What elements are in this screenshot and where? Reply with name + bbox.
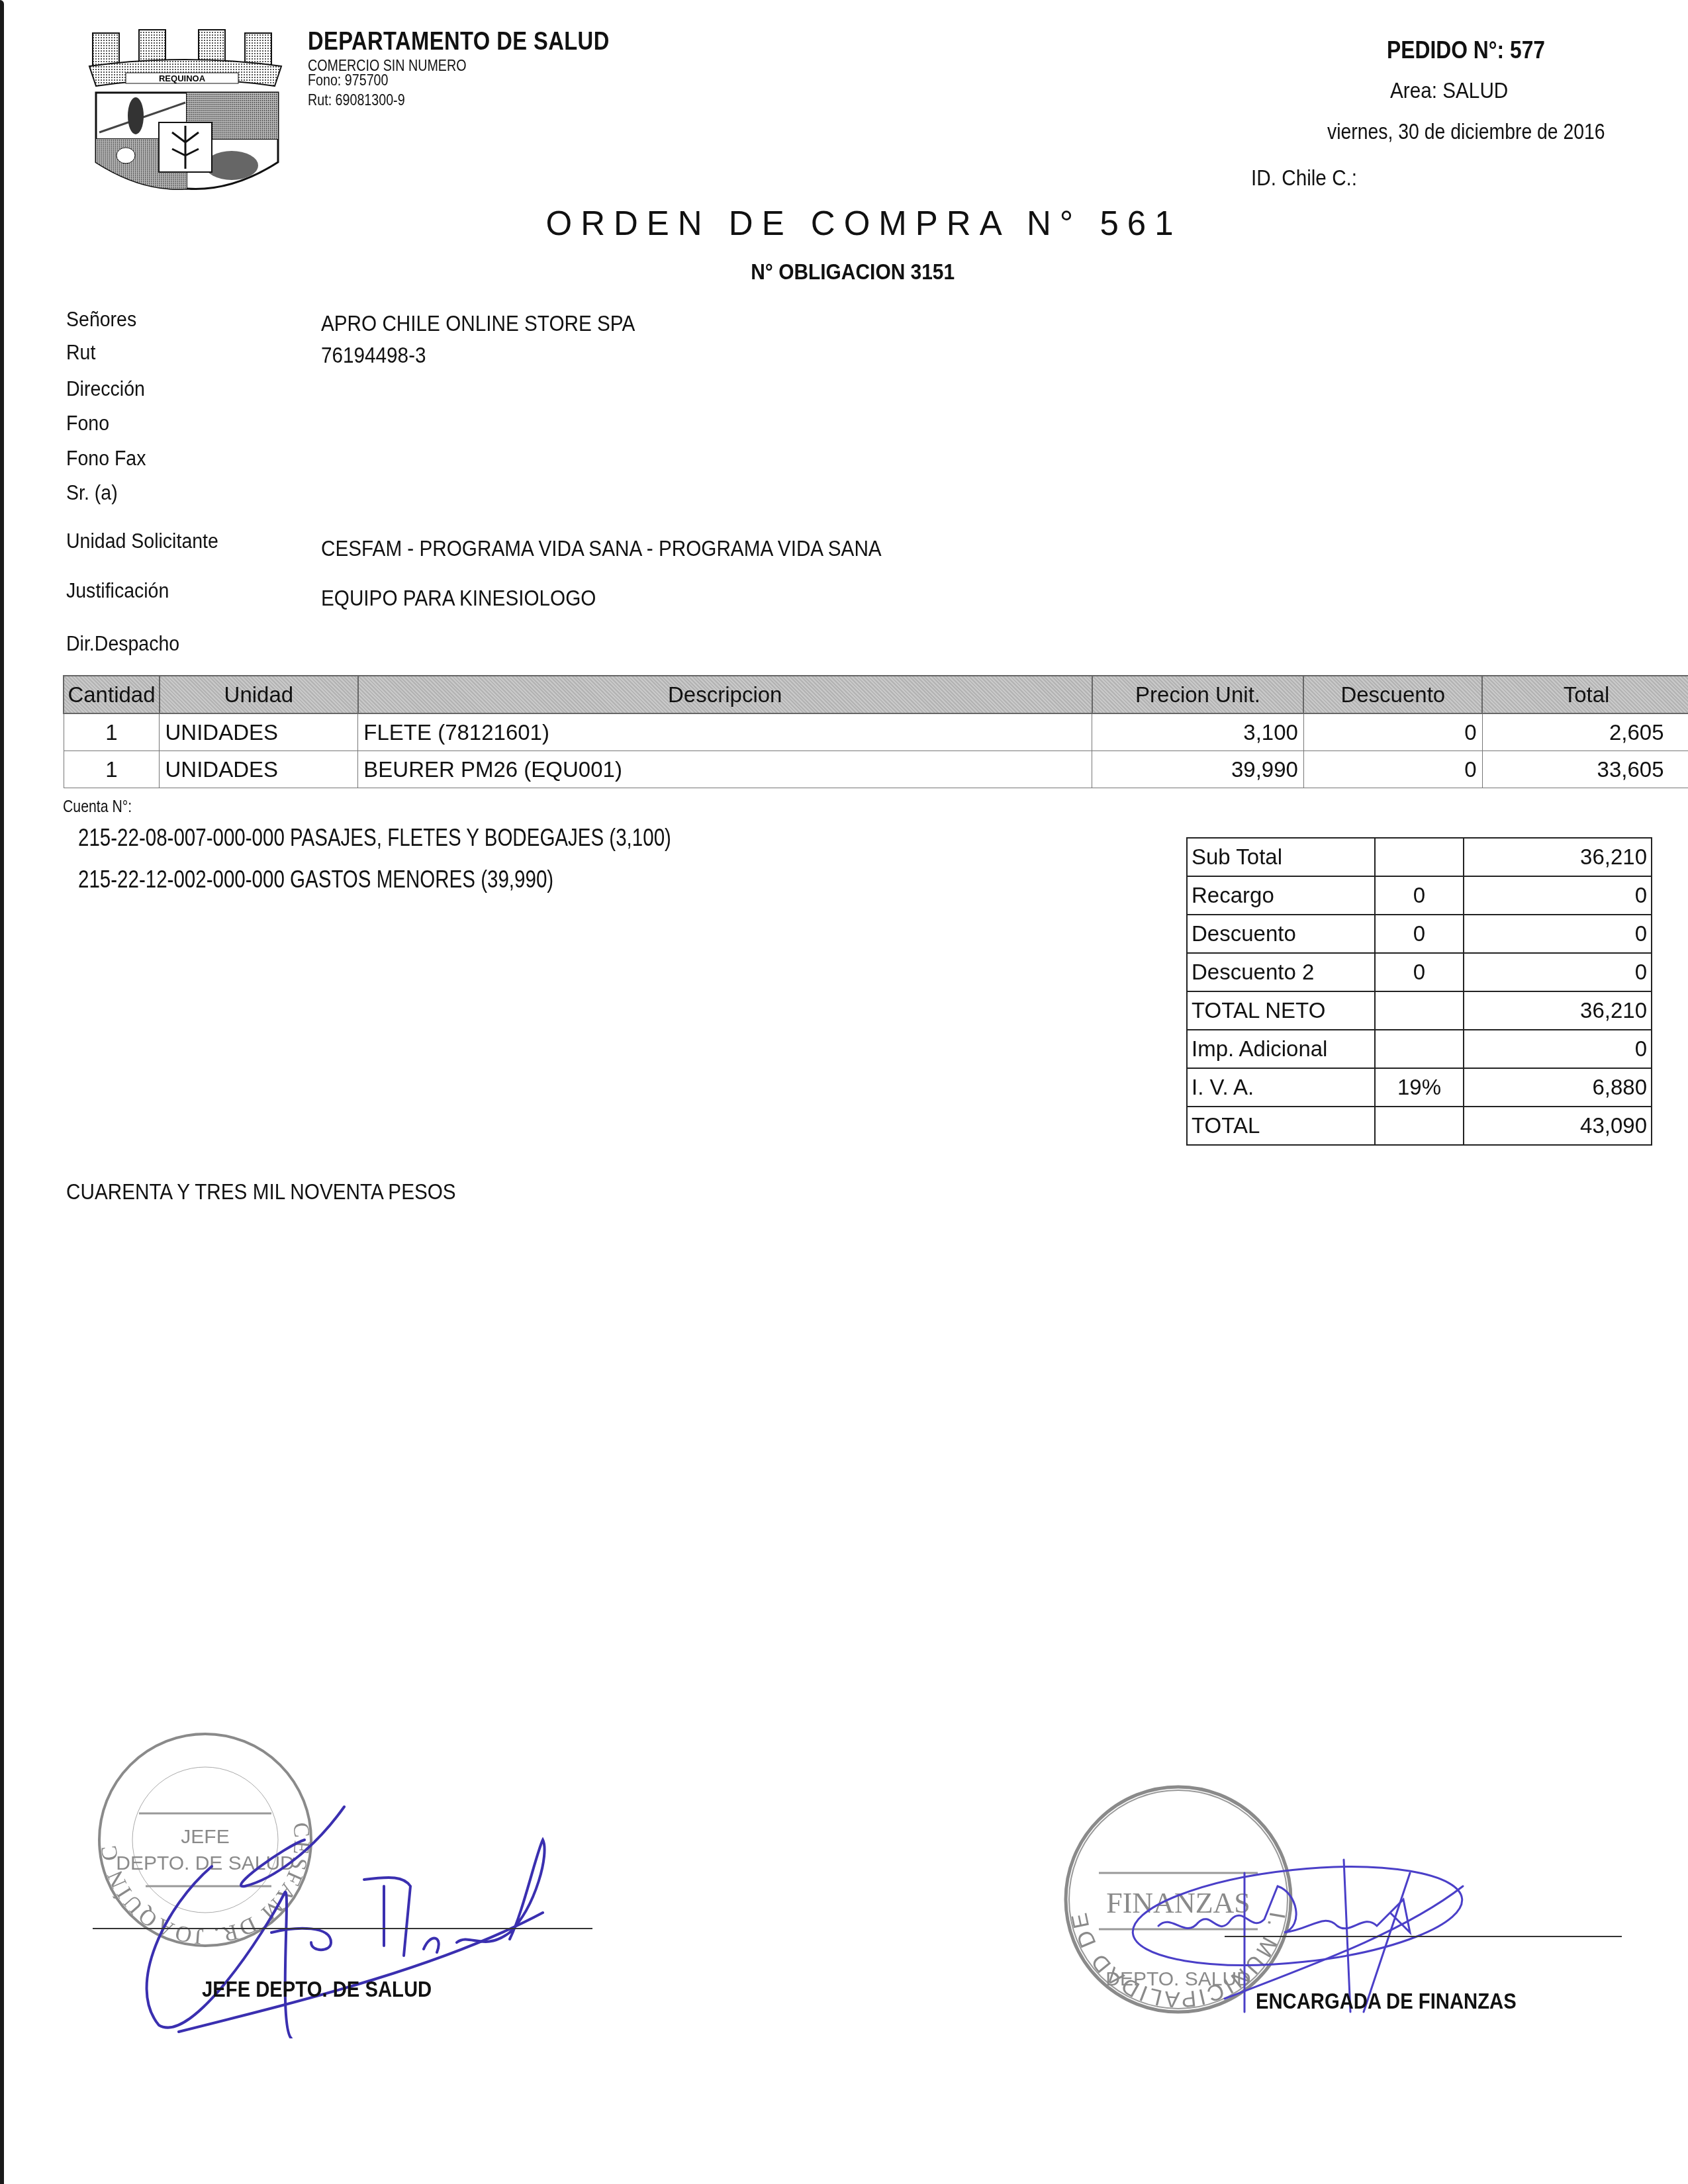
cuenta-line: 215-22-12-002-000-000 GASTOS MENORES (39… [78,866,553,893]
totals-rate [1375,1030,1464,1068]
totals-label: Imp. Adicional [1187,1030,1375,1068]
svg-text:REQUINOA: REQUINOA [159,73,206,83]
totals-label: TOTAL NETO [1187,991,1375,1030]
rut-label: Rut [66,341,95,365]
senores-label: Señores [66,308,136,332]
cell-unidad: UNIDADES [160,713,358,751]
unidad-solicitante-value: CESFAM - PROGRAMA VIDA SANA - PROGRAMA V… [321,536,882,561]
totals-rate [1375,838,1464,876]
totals-row: Recargo00 [1187,876,1652,915]
cell-total: 33,605 [1482,751,1688,788]
totals-row: TOTAL NETO36,210 [1187,991,1652,1030]
cell-cantidad: 1 [64,713,160,751]
totals-amount: 0 [1464,1030,1652,1068]
totals-rate: 0 [1375,876,1464,915]
cell-cantidad: 1 [64,751,160,788]
totals-rate [1375,991,1464,1030]
page-title: ORDEN DE COMPRA N° 561 [0,204,1688,243]
totals-row: Descuento 200 [1187,953,1652,991]
signature-label-finanzas: ENCARGADA DE FINANZAS [1256,1989,1517,2015]
justificacion-value: EQUIPO PARA KINESIOLOGO [321,586,596,611]
sr-label: Sr. (a) [66,481,118,505]
table-row: 1 UNIDADES FLETE (78121601) 3,100 0 2,60… [64,713,1688,751]
items-table: Cantidad Unidad Descripcion Precion Unit… [63,675,1688,788]
totals-label: Sub Total [1187,838,1375,876]
municipal-crest-logo: REQUINOA [79,26,291,192]
totals-label: Descuento [1187,915,1375,953]
totals-amount: 0 [1464,953,1652,991]
totals-amount: 43,090 [1464,1107,1652,1145]
totals-rate: 0 [1375,953,1464,991]
cell-descripcion: FLETE (78121601) [358,713,1092,751]
totals-amount: 6,880 [1464,1068,1652,1107]
cell-descripcion: BEURER PM26 (EQU001) [358,751,1092,788]
totals-amount: 0 [1464,915,1652,953]
table-row: 1 UNIDADES BEURER PM26 (EQU001) 39,990 0… [64,751,1688,788]
totals-row: TOTAL43,090 [1187,1107,1652,1145]
totals-amount: 36,210 [1464,838,1652,876]
obligation-number: N° OBLIGACION 3151 [101,259,1587,285]
cell-total: 2,605 [1482,713,1688,751]
document-date: viernes, 30 de diciembre de 2016 [1327,119,1605,144]
fono-label: Fono [66,412,109,435]
cell-descuento: 0 [1303,713,1482,751]
col-descuento: Descuento [1303,676,1482,713]
items-header-row: Cantidad Unidad Descripcion Precion Unit… [64,676,1688,713]
fono-fax-label: Fono Fax [66,447,146,471]
col-precio-unit: Precion Unit. [1092,676,1304,713]
signature-line-right [1225,1936,1622,1937]
scan-edge [0,0,4,2184]
totals-row: I. V. A.19%6,880 [1187,1068,1652,1107]
totals-row: Imp. Adicional0 [1187,1030,1652,1068]
amount-in-words: CUARENTA Y TRES MIL NOVENTA PESOS [66,1179,456,1205]
justificacion-label: Justificación [66,579,169,603]
totals-label: Recargo [1187,876,1375,915]
department-phone: Fono: 975700 [308,71,388,90]
dir-despacho-label: Dir.Despacho [66,632,179,656]
col-descripcion: Descripcion [358,676,1092,713]
totals-row: Sub Total36,210 [1187,838,1652,876]
totals-rate: 19% [1375,1068,1464,1107]
supplier-rut: 76194498-3 [321,343,426,368]
unidad-solicitante-label: Unidad Solicitante [66,529,218,553]
col-cantidad: Cantidad [64,676,160,713]
id-chile-compra: ID. Chile C.: [1251,165,1357,191]
cell-precio: 39,990 [1092,751,1304,788]
totals-amount: 0 [1464,876,1652,915]
cuenta-label: Cuenta N°: [63,797,132,817]
direccion-label: Dirección [66,377,145,401]
totals-row: Descuento00 [1187,915,1652,953]
area: Area: SALUD [1390,78,1508,103]
cell-unidad: UNIDADES [160,751,358,788]
supplier-name: APRO CHILE ONLINE STORE SPA [321,311,635,336]
totals-amount: 36,210 [1464,991,1652,1030]
cell-descuento: 0 [1303,751,1482,788]
totals-label: I. V. A. [1187,1068,1375,1107]
pedido-number: PEDIDO N°: 577 [1387,36,1545,64]
department-name: DEPARTAMENTO DE SALUD [308,28,610,56]
totals-table: Sub Total36,210Recargo00Descuento00Descu… [1186,837,1652,1146]
signature-line-left [93,1928,592,1929]
cell-precio: 3,100 [1092,713,1304,751]
col-total: Total [1482,676,1688,713]
totals-rate: 0 [1375,915,1464,953]
totals-rate [1375,1107,1464,1145]
signature-label-jefe-salud: JEFE DEPTO. DE SALUD [202,1977,432,2003]
cuenta-line: 215-22-08-007-000-000 PASAJES, FLETES Y … [78,824,671,852]
totals-label: TOTAL [1187,1107,1375,1145]
department-rut: Rut: 69081300-9 [308,91,405,110]
totals-label: Descuento 2 [1187,953,1375,991]
col-unidad: Unidad [160,676,358,713]
signature-jefe-salud-icon [113,1800,616,2038]
